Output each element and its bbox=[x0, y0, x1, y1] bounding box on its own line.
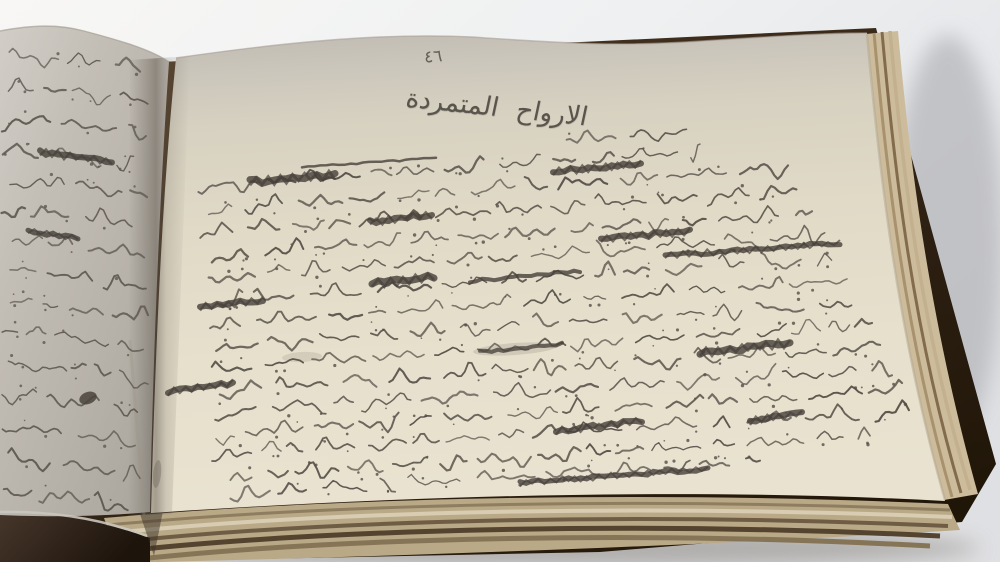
page-number-mark: ٤٦ bbox=[423, 46, 443, 68]
photograph-manuscript: الارواح المتمردة ٤٦ bbox=[0, 0, 1000, 562]
book-photo bbox=[0, 0, 1000, 562]
